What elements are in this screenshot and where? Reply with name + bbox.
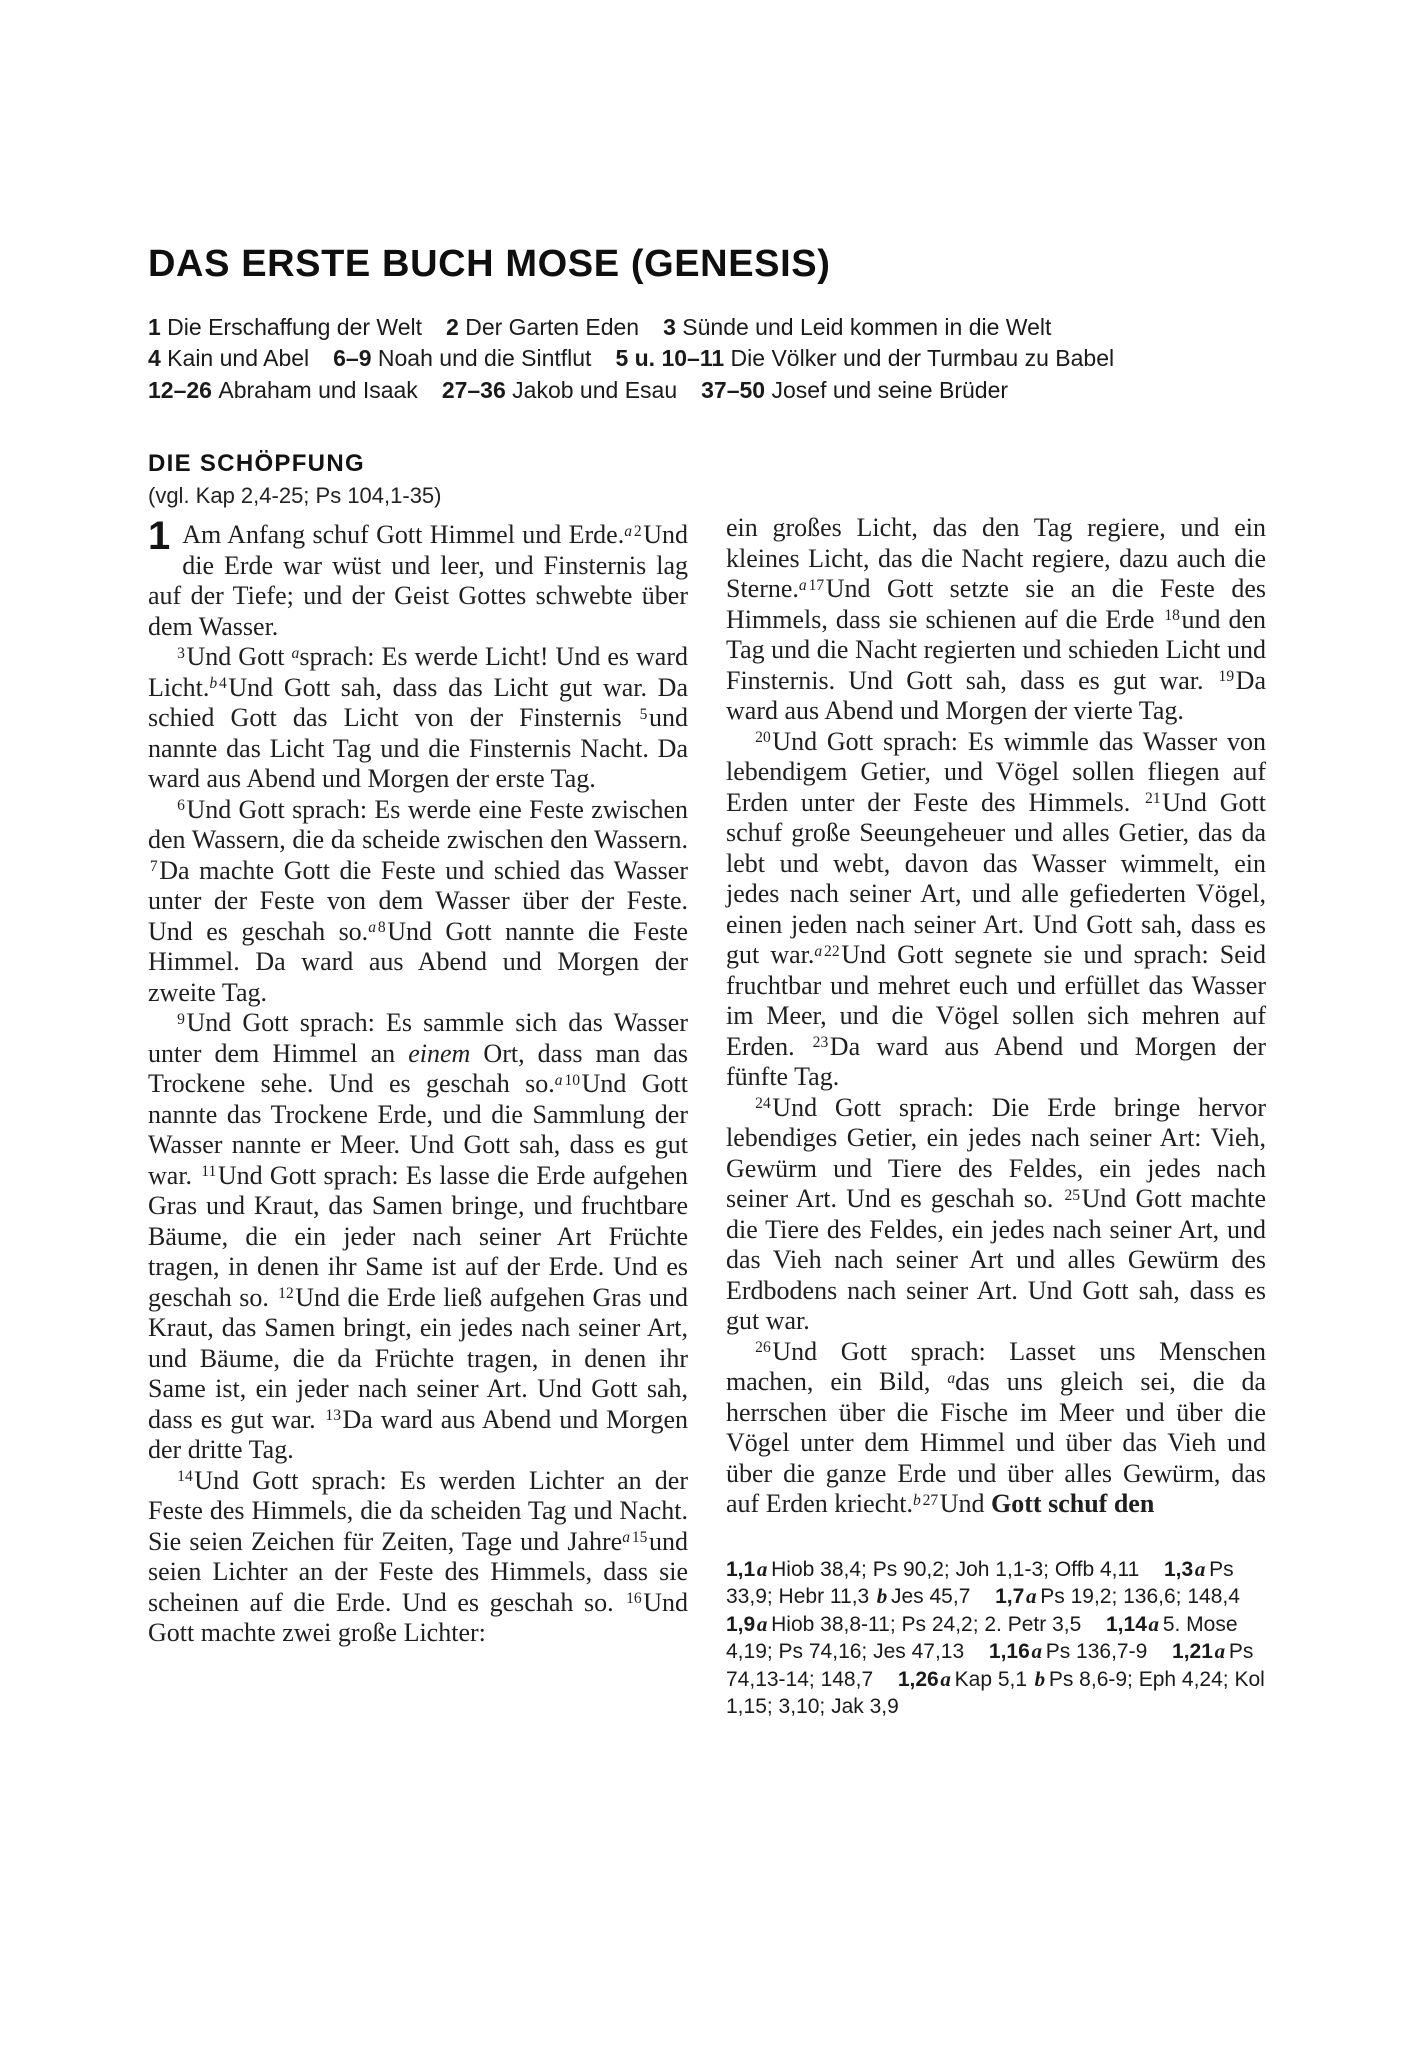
book-title: DAS ERSTE BUCH MOSE (GENESIS) <box>148 244 1266 286</box>
footnote-marker: a <box>368 919 376 936</box>
verse-number: 4 <box>219 675 227 692</box>
footnote-ref: 1,26 <box>898 1668 939 1691</box>
footnote-ref: 1,14 <box>1106 1613 1147 1636</box>
footnote-letter: a <box>1026 1584 1037 1608</box>
outline-item: 3 Sünde und Leid kommen in die Welt <box>663 314 1051 340</box>
verse-number: 26 <box>755 1339 771 1356</box>
outline-line: 12–26 Abraham und Isaak27–36 Jakob und E… <box>148 375 1266 407</box>
outline-chapter-number: 27–36 <box>442 377 506 403</box>
emphasis-text: einem <box>408 1039 470 1068</box>
footnote-ref: 1,3 <box>1164 1558 1193 1581</box>
footnote-marker: a <box>622 1529 630 1546</box>
verse-number: 13 <box>325 1407 341 1424</box>
footnote-entry: 1,7aPs 19,2; 136,6; 148,4 <box>995 1585 1240 1608</box>
outline-item: 27–36 Jakob und Esau <box>442 377 677 403</box>
verse-number: 27 <box>923 1492 939 1509</box>
footnote-marker: a <box>292 645 300 662</box>
outline-chapter-number: 4 <box>148 345 161 371</box>
verse-number: 5 <box>640 706 648 723</box>
outline-chapter-number: 12–26 <box>148 377 212 403</box>
verse-number: 20 <box>755 729 771 746</box>
footnote-letter: b <box>1035 1667 1046 1691</box>
footnote-marker: b <box>209 675 217 692</box>
verses-9-13: 9Und Gott sprach: Es sammle sich das Was… <box>148 1008 688 1466</box>
verse-number: 22 <box>824 943 840 960</box>
footnote-entry: 1,9aHiob 38,8-11; Ps 24,2; 2. Petr 3,5 <box>726 1613 1087 1636</box>
verse-number: 17 <box>809 577 825 594</box>
outline-item: 2 Der Garten Eden <box>446 314 639 340</box>
footnote-letter: a <box>757 1612 768 1636</box>
outline-chapter-number: 5 u. 10–11 <box>615 345 724 371</box>
outline-item: 6–9 Noah und die Sintflut <box>333 345 591 371</box>
footnote-text: Ps 19,2; 136,6; 148,4 <box>1040 1585 1240 1608</box>
right-column: ein großes Licht, das den Tag regiere, u… <box>726 450 1266 1721</box>
verse-number: 2 <box>634 523 642 540</box>
outline-chapter-number: 6–9 <box>333 345 371 371</box>
verse-number: 3 <box>177 645 185 662</box>
verse-number: 14 <box>177 1468 193 1485</box>
footnote-text: Jes 45,7 <box>891 1585 976 1608</box>
verse-number: 19 <box>1219 668 1235 685</box>
verses-3-5: 3Und Gott asprach: Es werde Licht! Und e… <box>148 642 688 795</box>
outline-line: 4 Kain und Abel6–9 Noah und die Sintflut… <box>148 343 1266 375</box>
outline-chapter-number: 3 <box>663 314 676 340</box>
outline-item: 12–26 Abraham und Isaak <box>148 377 418 403</box>
footnote-marker: a <box>947 1370 955 1387</box>
section-cross-reference: (vgl. Kap 2,4-25; Ps 104,1-35) <box>148 483 688 509</box>
verse-number: 6 <box>177 797 185 814</box>
footnote-entry: 1,16aPs 136,7-9 <box>989 1640 1153 1663</box>
verse-number: 7 <box>150 858 158 875</box>
section-heading: DIE SCHÖPFUNG <box>148 450 688 478</box>
footnote-letter: a <box>757 1557 768 1581</box>
verse-number: 23 <box>813 1034 829 1051</box>
text-columns: DIE SCHÖPFUNG (vgl. Kap 2,4-25; Ps 104,1… <box>148 450 1266 1721</box>
outline-chapter-number: 2 <box>446 314 459 340</box>
footnote-marker: a <box>799 577 807 594</box>
footnote-ref: 1,1 <box>726 1558 755 1581</box>
footnote-letter: a <box>1195 1557 1206 1581</box>
verse-number: 18 <box>1164 607 1180 624</box>
footnote-marker: b <box>913 1492 921 1509</box>
chapter-outline: 1 Die Erschaffung der Welt2 Der Garten E… <box>148 312 1266 407</box>
verse-number: 16 <box>626 1590 642 1607</box>
outline-chapter-number: 1 <box>148 314 161 340</box>
footnote-letter: b <box>877 1584 888 1608</box>
right-column-text: ein großes Licht, das den Tag regiere, u… <box>726 513 1266 1520</box>
footnote-marker: a <box>624 523 632 540</box>
footnote-text: Hiob 38,8-11; Ps 24,2; 2. Petr 3,5 <box>771 1613 1087 1636</box>
verse-number: 21 <box>1145 790 1161 807</box>
verses-26-27: 26Und Gott sprach: Lasset uns Menschen m… <box>726 1337 1266 1520</box>
verses-1-2: 1Am Anfang schuf Gott Himmel und Erde.a2… <box>148 520 688 642</box>
footnote-text: Ps 136,7-9 <box>1046 1640 1153 1663</box>
footnote-entry: 1,1aHiob 38,4; Ps 90,2; Joh 1,1-3; Offb … <box>726 1558 1145 1581</box>
verse-number: 24 <box>755 1095 771 1112</box>
verse-number: 8 <box>378 919 386 936</box>
left-column: DIE SCHÖPFUNG (vgl. Kap 2,4-25; Ps 104,1… <box>148 450 688 1648</box>
outline-line: 1 Die Erschaffung der Welt2 Der Garten E… <box>148 312 1266 344</box>
verses-6-8: 6Und Gott sprach: Es werde eine Feste zw… <box>148 795 688 1009</box>
footnote-marker: a <box>555 1072 563 1089</box>
footnote-ref: 1,7 <box>995 1585 1024 1608</box>
chapter-number: 1 <box>148 520 182 578</box>
verse-number: 12 <box>278 1285 294 1302</box>
footnote-ref: 1,21 <box>1172 1640 1213 1663</box>
verse-number: 10 <box>564 1072 580 1089</box>
verses-14-16: 14Und Gott sprach: Es werden Lichter an … <box>148 1466 688 1649</box>
footnote-letter: a <box>940 1667 951 1691</box>
page-content: DAS ERSTE BUCH MOSE (GENESIS) 1 Die Ersc… <box>148 244 1266 1721</box>
verse-number: 15 <box>632 1529 648 1546</box>
footnote-letter: a <box>1149 1612 1160 1636</box>
outline-item: 4 Kain und Abel <box>148 345 309 371</box>
footnote-text: Hiob 38,4; Ps 90,2; Joh 1,1-3; Offb 4,11 <box>771 1558 1145 1581</box>
outline-item: 1 Die Erschaffung der Welt <box>148 314 422 340</box>
bold-text: Gott schuf den <box>991 1489 1154 1518</box>
footnote-text: Kap 5,1 <box>955 1668 1033 1691</box>
footnotes-block: 1,1aHiob 38,4; Ps 90,2; Joh 1,1-3; Offb … <box>726 1556 1266 1721</box>
outline-item: 37–50 Josef und seine Brüder <box>701 377 1008 403</box>
verse-number: 11 <box>201 1163 216 1180</box>
verse-number: 25 <box>1064 1187 1080 1204</box>
footnote-ref: 1,16 <box>989 1640 1030 1663</box>
verses-16-19-continuation: ein großes Licht, das den Tag regiere, u… <box>726 513 1266 727</box>
footnote-letter: a <box>1031 1639 1042 1663</box>
bible-page: DAS ERSTE BUCH MOSE (GENESIS) 1 Die Ersc… <box>0 0 1404 2050</box>
verses-20-23: 20Und Gott sprach: Es wimmle das Wasser … <box>726 727 1266 1093</box>
footnote-marker: a <box>814 943 822 960</box>
outline-item: 5 u. 10–11 Die Völker und der Turmbau zu… <box>615 345 1114 371</box>
footnote-letter: a <box>1215 1639 1226 1663</box>
outline-chapter-number: 37–50 <box>701 377 765 403</box>
footnote-ref: 1,9 <box>726 1613 755 1636</box>
verses-24-25: 24Und Gott sprach: Die Erde bringe hervo… <box>726 1093 1266 1337</box>
verse-number: 9 <box>177 1011 185 1028</box>
left-column-text: 1Am Anfang schuf Gott Himmel und Erde.a2… <box>148 520 688 1649</box>
